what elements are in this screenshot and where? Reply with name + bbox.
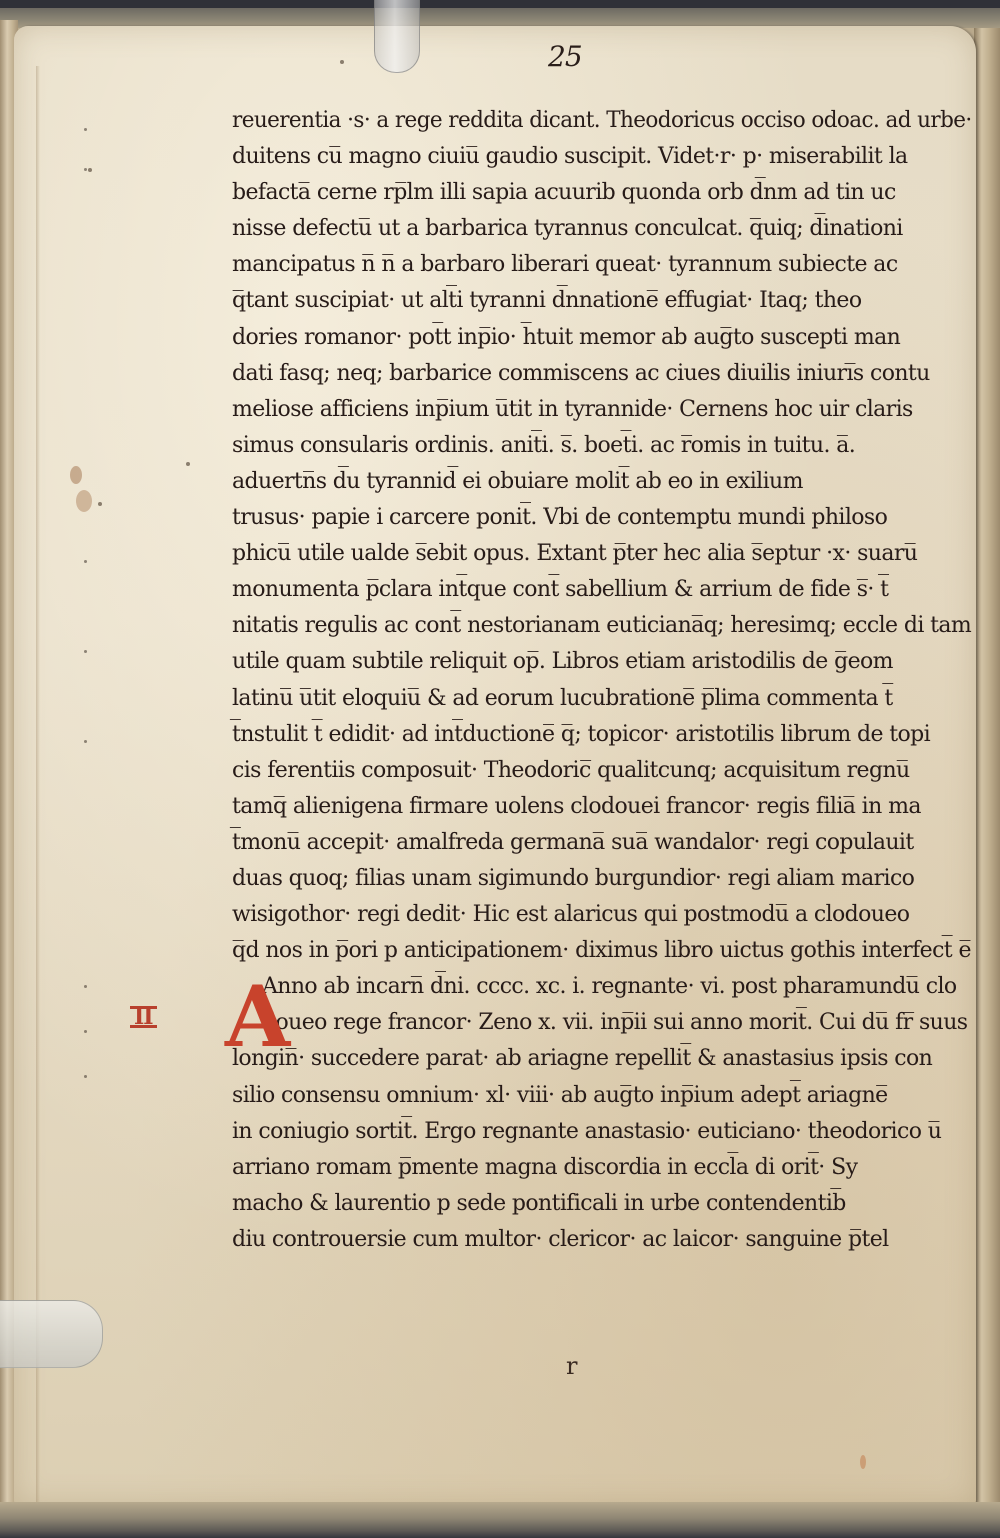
text-column: reuerentia ·s· a rege reddita dicant. Th… <box>232 103 972 1258</box>
manuscript-viewer: 25 reuerentia ·s· a rege reddita dicant.… <box>0 0 1000 1538</box>
text-line: nisse defectu̅ ut a barbarica tyrannus c… <box>232 211 972 247</box>
ink-speck <box>98 502 102 506</box>
text-line: q̅tant suscipiat· ut alt̅i tyranni d̅nna… <box>232 283 972 319</box>
pricking-mark <box>84 1075 87 1078</box>
pricking-mark <box>84 1030 87 1033</box>
text-line: duas quoq; filias unam sigimundo burgund… <box>232 861 972 897</box>
marginal-chapter-numeral: II <box>130 1006 157 1028</box>
book-bottom-edge <box>0 1502 1000 1538</box>
text-line: utile quam subtile reliquit op̅. Libros … <box>232 644 972 680</box>
text-line: diu controuersie cum multor· clericor· a… <box>232 1222 972 1258</box>
text-line: phicu̅ utile ualde s̅ebit opus. Extant p… <box>232 536 972 572</box>
text-line: monumenta p̅clara int̅que cont̅ sabelliu… <box>232 572 972 608</box>
text-line: wisigothor· regi dedit· Hic est alaricus… <box>232 897 972 933</box>
pricking-mark <box>84 985 87 988</box>
text-line: simus consularis ordinis. anit̅i. s̅. bo… <box>232 428 972 464</box>
rubricated-initial: A <box>225 975 290 1059</box>
text-line: duitens cu̅ magno ciuiu̅ gaudio suscipit… <box>232 139 972 175</box>
text-line: arriano romam p̅mente magna discordia in… <box>232 1150 972 1186</box>
pricking-mark <box>84 650 87 653</box>
text-line: nitatis regulis ac cont̅ nestorianam eut… <box>232 608 972 644</box>
text-line: mancipatus n̅ n̅ a barbaro liberari quea… <box>232 247 972 283</box>
text-line: dories romanor· pot̅t inp̅io· h̅tuit mem… <box>232 320 972 356</box>
text-line: dati fasq; neq; barbarice commiscens ac … <box>232 356 972 392</box>
text-line: reuerentia ·s· a rege reddita dicant. Th… <box>232 103 955 139</box>
text-line: meliose afficiens inp̅ium u̅tit in tyran… <box>232 392 972 428</box>
pricking-mark <box>84 740 87 743</box>
stain-mark <box>70 466 82 484</box>
text-line: macho & laurentio p sede pontificali in … <box>232 1186 972 1222</box>
stain-mark <box>860 1455 866 1469</box>
text-line: doueo rege francor· Zeno x. vii. inp̅ii … <box>232 1005 972 1041</box>
ink-speck <box>186 462 190 466</box>
quire-signature-mark: r <box>566 1352 577 1380</box>
text-line: latinu̅ u̅tit eloquiu̅ & ad eorum lucubr… <box>232 681 972 717</box>
text-line: tamq̅ alienigena firmare uolens clodouei… <box>232 789 972 825</box>
book-fore-edge <box>974 28 1000 1508</box>
pricking-mark <box>84 128 87 131</box>
page-clip-left <box>0 1300 103 1368</box>
text-line: aduertn̅s d̅u tyrannid̅ ei obuiare molit… <box>232 464 972 500</box>
ink-speck <box>88 168 92 172</box>
pricking-mark <box>84 168 87 171</box>
text-line: trusus· papie i carcere ponit̅. Vbi de c… <box>232 500 972 536</box>
text-line: cis ferentiis composuit· Theodoric̅ qual… <box>232 753 972 789</box>
folio-number: 25 <box>548 40 582 73</box>
page-clip-top <box>374 0 420 73</box>
pricking-mark <box>84 560 87 563</box>
text-line: q̅d nos in p̅ori p anticipationem· dixim… <box>232 933 972 969</box>
text-line: t̅nstulit t̅ edidit· ad int̅ductione̅ q̅… <box>232 717 972 753</box>
text-line: in coniugio sortit̅. Ergo regnante anast… <box>232 1114 972 1150</box>
text-line-initial: Anno ab incarn̅ d̅ni. cccc. xc. i. regna… <box>232 969 972 1005</box>
stain-mark <box>76 490 92 512</box>
text-line: longin̅· succedere parat· ab ariagne rep… <box>232 1041 972 1077</box>
text-line: silio consensu omnium· xl· viii· ab aug̅… <box>232 1078 972 1114</box>
book-top-edge <box>0 8 1000 28</box>
ink-speck <box>340 60 344 64</box>
text-line: befacta̅ cerne rp̅lm illi sapia acuurib … <box>232 175 972 211</box>
text-line: t̅monu̅ accepit· amalfreda germana̅ sua̅… <box>232 825 972 861</box>
